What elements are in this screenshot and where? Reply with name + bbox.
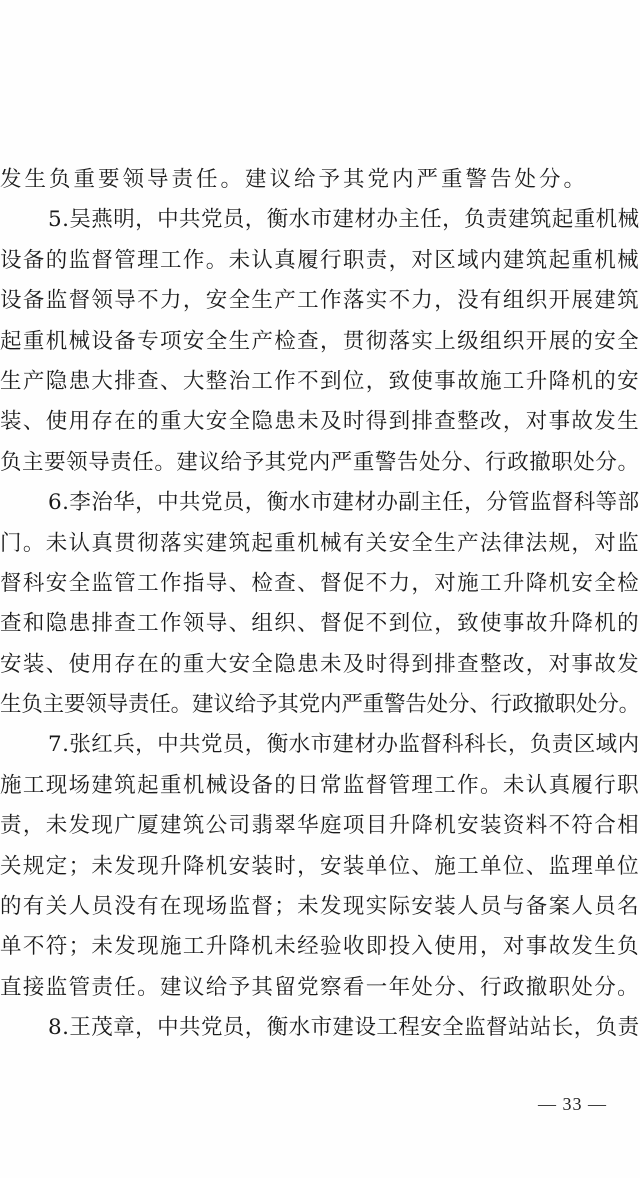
text-line: 生负主要领导责任。建议给予其党内严重警告处分、行政撤职处分。 <box>0 685 640 725</box>
text-line: 关规定；未发现升降机安装时，安装单位、施工单位、监理单位 <box>0 847 640 887</box>
text-line: 督科安全监管工作指导、检查、督促不力，对施工升降机安全检 <box>0 564 640 604</box>
text-line: 发生负重要领导责任。建议给予其党内严重警告处分。 <box>0 160 640 200</box>
text-line: 施工现场建筑起重机械设备的日常监督管理工作。未认真履行职 <box>0 766 640 806</box>
text-line: 生产隐患大排查、大整治工作不到位，致使事故施工升降机的安 <box>0 362 640 402</box>
text-line: 单不符；未发现施工升降机未经验收即投入使用，对事故发生负 <box>0 927 640 967</box>
text-line: 负主要领导责任。建议给予其党内严重警告处分、行政撤职处分。 <box>0 443 640 483</box>
text-line: 8.王茂章，中共党员，衡水市建设工程安全监督站站长，负责 <box>0 1008 640 1048</box>
text-line: 安装、使用存在的重大安全隐患未及时得到排查整改，对事故发 <box>0 645 640 685</box>
document-page: 发生负重要领导责任。建议给予其党内严重警告处分。 5.吴燕明，中共党员，衡水市建… <box>0 0 640 1178</box>
page-number: — 33 — <box>538 1094 607 1115</box>
text-line: 设备监督领导不力，安全生产工作落实不力，没有组织开展建筑 <box>0 281 640 321</box>
text-line: 直接监管责任。建议给予其留党察看一年处分、行政撤职处分。 <box>0 968 640 1008</box>
text-line: 6.李治华，中共党员，衡水市建材办副主任，分管监督科等部 <box>0 483 640 523</box>
text-line: 责，未发现广厦建筑公司翡翠华庭项目升降机安装资料不符合相 <box>0 806 640 846</box>
text-line: 5.吴燕明，中共党员，衡水市建材办主任，负责建筑起重机械 <box>0 200 640 240</box>
text-line: 起重机械设备专项安全生产检查，贯彻落实上级组织开展的安全 <box>0 322 640 362</box>
text-line: 装、使用存在的重大安全隐患未及时得到排查整改，对事故发生 <box>0 402 640 442</box>
text-line: 的有关人员没有在现场监督；未发现实际安装人员与备案人员名 <box>0 887 640 927</box>
text-line: 7.张红兵，中共党员，衡水市建材办监督科科长，负责区域内 <box>0 725 640 765</box>
text-line: 门。未认真贯彻落实建筑起重机械有关安全生产法律法规，对监 <box>0 524 640 564</box>
text-line: 设备的监督管理工作。未认真履行职责，对区域内建筑起重机械 <box>0 241 640 281</box>
text-line: 查和隐患排查工作领导、组织、督促不到位，致使事故升降机的 <box>0 604 640 644</box>
body-text: 发生负重要领导责任。建议给予其党内严重警告处分。 5.吴燕明，中共党员，衡水市建… <box>0 160 640 1049</box>
